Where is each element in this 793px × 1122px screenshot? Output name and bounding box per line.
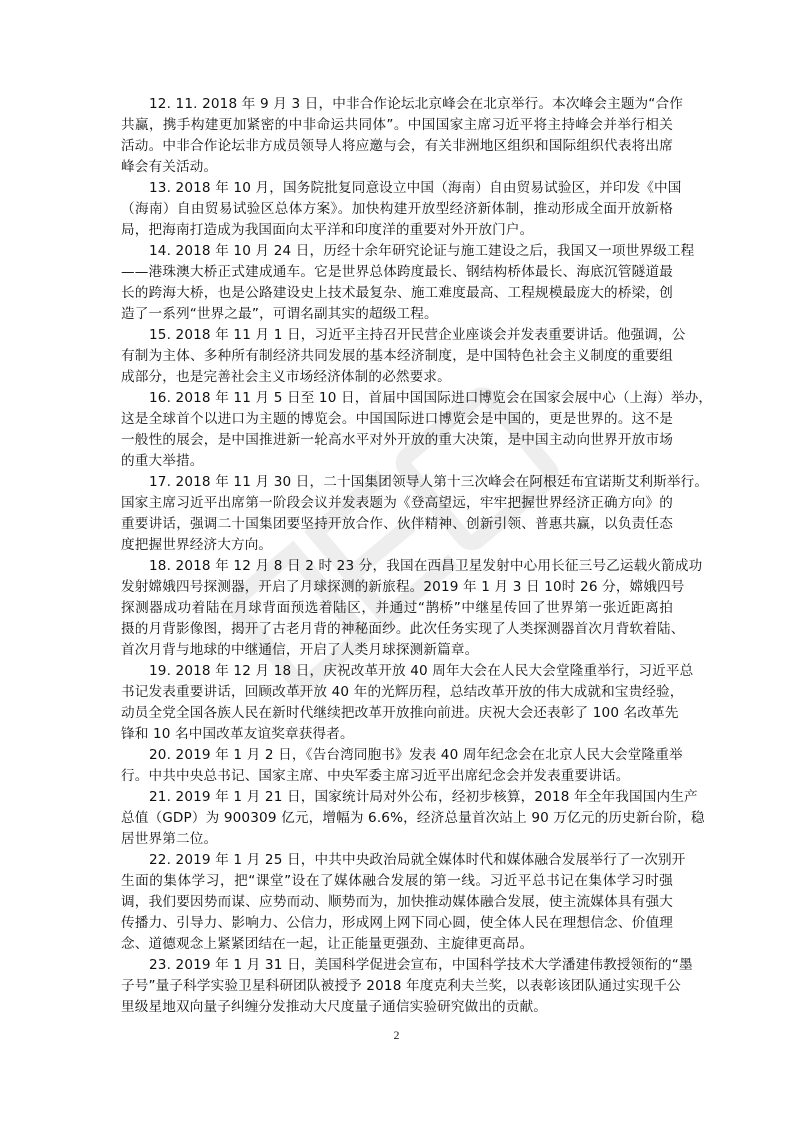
text-line: 局，把海南打造成为我国面向太平洋和印度洋的重要对外开放门户。	[121, 220, 673, 241]
text-line: 活动。中非合作论坛非方成员领导人将应邀与会，有关非洲地区组织和国际组织代表将出席	[121, 136, 673, 157]
text-line: 念、道德观念上紧紧团结在一起，让正能量更强劲、主旋律更高昂。	[121, 934, 673, 955]
text-line: 21. 2019 年 1 月 21 日，国家统计局对外公布，经初步核算，2018…	[121, 787, 673, 808]
text-line: 发射嫦娥四号探测器，开启了月球探测的新旅程。2019 年 1 月 3 日 10时…	[121, 577, 673, 598]
paragraph-20: 20. 2019 年 1 月 2 日，《告台湾同胞书》发表 40 周年纪念会在北…	[121, 745, 673, 787]
text-line: 17. 2018 年 11 月 30 日，二十国集团领导人第十三次峰会在阿根廷布…	[121, 472, 673, 493]
paragraph-13: 13. 2018 年 10 月，国务院批复同意设立中国（海南）自由贸易试验区，并…	[121, 178, 673, 241]
paragraph-23: 23. 2019 年 1 月 31 日，美国科学促进会宣布，中国科学技术大学潘建…	[121, 955, 673, 1018]
text-line: 传播力、引导力、影响力、公信力，形成网上网下同心圆，使全体人民在理想信念、价值理	[121, 913, 673, 934]
text-line: 度把握世界经济大方向。	[121, 535, 673, 556]
text-line: 动员全党全国各族人民在新时代继续把改革开放推向前进。庆祝大会还表彰了 100 名…	[121, 703, 673, 724]
text-line: 行。中共中央总书记、国家主席、中央军委主席习近平出席纪念会并发表重要讲话。	[121, 766, 673, 787]
text-line: 调，我们要因势而谋、应势而动、顺势而为，加快推动媒体融合发展，使主流媒体具有强大	[121, 892, 673, 913]
text-line: 里级星地双向量子纠缠分发推动大尺度量子通信实验研究做出的贡献。	[121, 997, 673, 1018]
text-line: 23. 2019 年 1 月 31 日，美国科学促进会宣布，中国科学技术大学潘建…	[121, 955, 673, 976]
text-line: ——港珠澳大桥正式建成通车。它是世界总体跨度最长、钢结构桥体最长、海底沉管隧道最	[121, 262, 673, 283]
text-line: 峰会有关活动。	[121, 157, 673, 178]
paragraph-22: 22. 2019 年 1 月 25 日，中共中央政治局就全媒体时代和媒体融合发展…	[121, 850, 673, 955]
text-line: 成部分，也是完善社会主义市场经济体制的必然要求。	[121, 367, 673, 388]
text-line: 13. 2018 年 10 月，国务院批复同意设立中国（海南）自由贸易试验区，并…	[121, 178, 673, 199]
text-line: 22. 2019 年 1 月 25 日，中共中央政治局就全媒体时代和媒体融合发展…	[121, 850, 673, 871]
text-line: 子号”量子科学实验卫星科研团队被授予 2018 年度克利夫兰奖，以表彰该团队通过…	[121, 976, 673, 997]
paragraph-15: 15. 2018 年 11 月 1 日，习近平主持召开民营企业座谈会并发表重要讲…	[121, 325, 673, 388]
text-line: 14. 2018 年 10 月 24 日，历经十余年研究论证与施工建设之后，我国…	[121, 241, 673, 262]
text-line: 国家主席习近平出席第一阶段会议并发表题为《登高望远，牢牢把握世界经济正确方向》的	[121, 493, 673, 514]
text-line: 一般性的展会，是中国推进新一轮高水平对外开放的重大决策，是中国主动向世界开放市场	[121, 430, 673, 451]
text-line: 共赢，携手构建更加紧密的中非命运共同体”。中国国家主席习近平将主持峰会并举行相关	[121, 115, 673, 136]
text-line: （海南）自由贸易试验区总体方案》。加快构建开放型经济新体制，推动形成全面开放新格	[121, 199, 673, 220]
text-line: 重要讲话，强调二十国集团要坚持开放合作、伙伴精神、创新引领、普惠共赢，以负责任态	[121, 514, 673, 535]
text-line: 有制为主体、多种所有制经济共同发展的基本经济制度，是中国特色社会主义制度的重要组	[121, 346, 673, 367]
text-line: 书记发表重要讲话，回顾改革开放 40 年的光辉历程，总结改革开放的伟大成就和宝贵…	[121, 682, 673, 703]
paragraph-17: 17. 2018 年 11 月 30 日，二十国集团领导人第十三次峰会在阿根廷布…	[121, 472, 673, 556]
text-line: 摄的月背影像图，揭开了古老月背的神秘面纱。此次任务实现了人类探测器首次月背软着陆…	[121, 619, 673, 640]
text-line: 锋和 10 名中国改革友谊奖章获得者。	[121, 724, 673, 745]
text-line: 探测器成功着陆在月球背面预选着陆区，并通过“鹊桥”中继星传回了世界第一张近距离拍	[121, 598, 673, 619]
paragraph-14: 14. 2018 年 10 月 24 日，历经十余年研究论证与施工建设之后，我国…	[121, 241, 673, 325]
text-line: 16. 2018 年 11 月 5 日至 10 日，首届中国国际进口博览会在国家…	[121, 388, 673, 409]
text-line: 20. 2019 年 1 月 2 日，《告台湾同胞书》发表 40 周年纪念会在北…	[121, 745, 673, 766]
paragraph-18: 18. 2018 年 12 月 8 日 2 时 23 分，我国在西昌卫星发射中心…	[121, 556, 673, 661]
text-line: 居世界第二位。	[121, 829, 673, 850]
text-line: 首次月背与地球的中继通信，开启了人类月球探测新篇章。	[121, 640, 673, 661]
document-body: 12. 11. 2018 年 9 月 3 日，中非合作论坛北京峰会在北京举行。本…	[121, 94, 673, 1018]
document-page: 12. 11. 2018 年 9 月 3 日，中非合作论坛北京峰会在北京举行。本…	[0, 0, 793, 1122]
text-line: 这是全球首个以进口为主题的博览会。中国国际进口博览会是中国的，更是世界的。这不是	[121, 409, 673, 430]
paragraph-19: 19. 2018 年 12 月 18 日，庆祝改革开放 40 周年大会在人民大会…	[121, 661, 673, 745]
text-line: 18. 2018 年 12 月 8 日 2 时 23 分，我国在西昌卫星发射中心…	[121, 556, 673, 577]
paragraph-12: 12. 11. 2018 年 9 月 3 日，中非合作论坛北京峰会在北京举行。本…	[121, 94, 673, 178]
text-line: 生面的集体学习，把“课堂”设在了媒体融合发展的第一线。习近平总书记在集体学习时强	[121, 871, 673, 892]
text-line: 的重大举措。	[121, 451, 673, 472]
paragraph-16: 16. 2018 年 11 月 5 日至 10 日，首届中国国际进口博览会在国家…	[121, 388, 673, 472]
text-line: 12. 11. 2018 年 9 月 3 日，中非合作论坛北京峰会在北京举行。本…	[121, 94, 673, 115]
text-line: 15. 2018 年 11 月 1 日，习近平主持召开民营企业座谈会并发表重要讲…	[121, 325, 673, 346]
paragraph-21: 21. 2019 年 1 月 21 日，国家统计局对外公布，经初步核算，2018…	[121, 787, 673, 850]
text-line: 19. 2018 年 12 月 18 日，庆祝改革开放 40 周年大会在人民大会…	[121, 661, 673, 682]
page-number: 2	[0, 1028, 793, 1043]
text-line: 造了一系列“世界之最”，可谓名副其实的超级工程。	[121, 304, 673, 325]
text-line: 总值（GDP）为 900309 亿元，增幅为 6.6%，经济总量首次站上 90 …	[121, 808, 673, 829]
text-line: 长的跨海大桥，也是公路建设史上技术最复杂、施工难度最高、工程规模最庞大的桥梁，创	[121, 283, 673, 304]
